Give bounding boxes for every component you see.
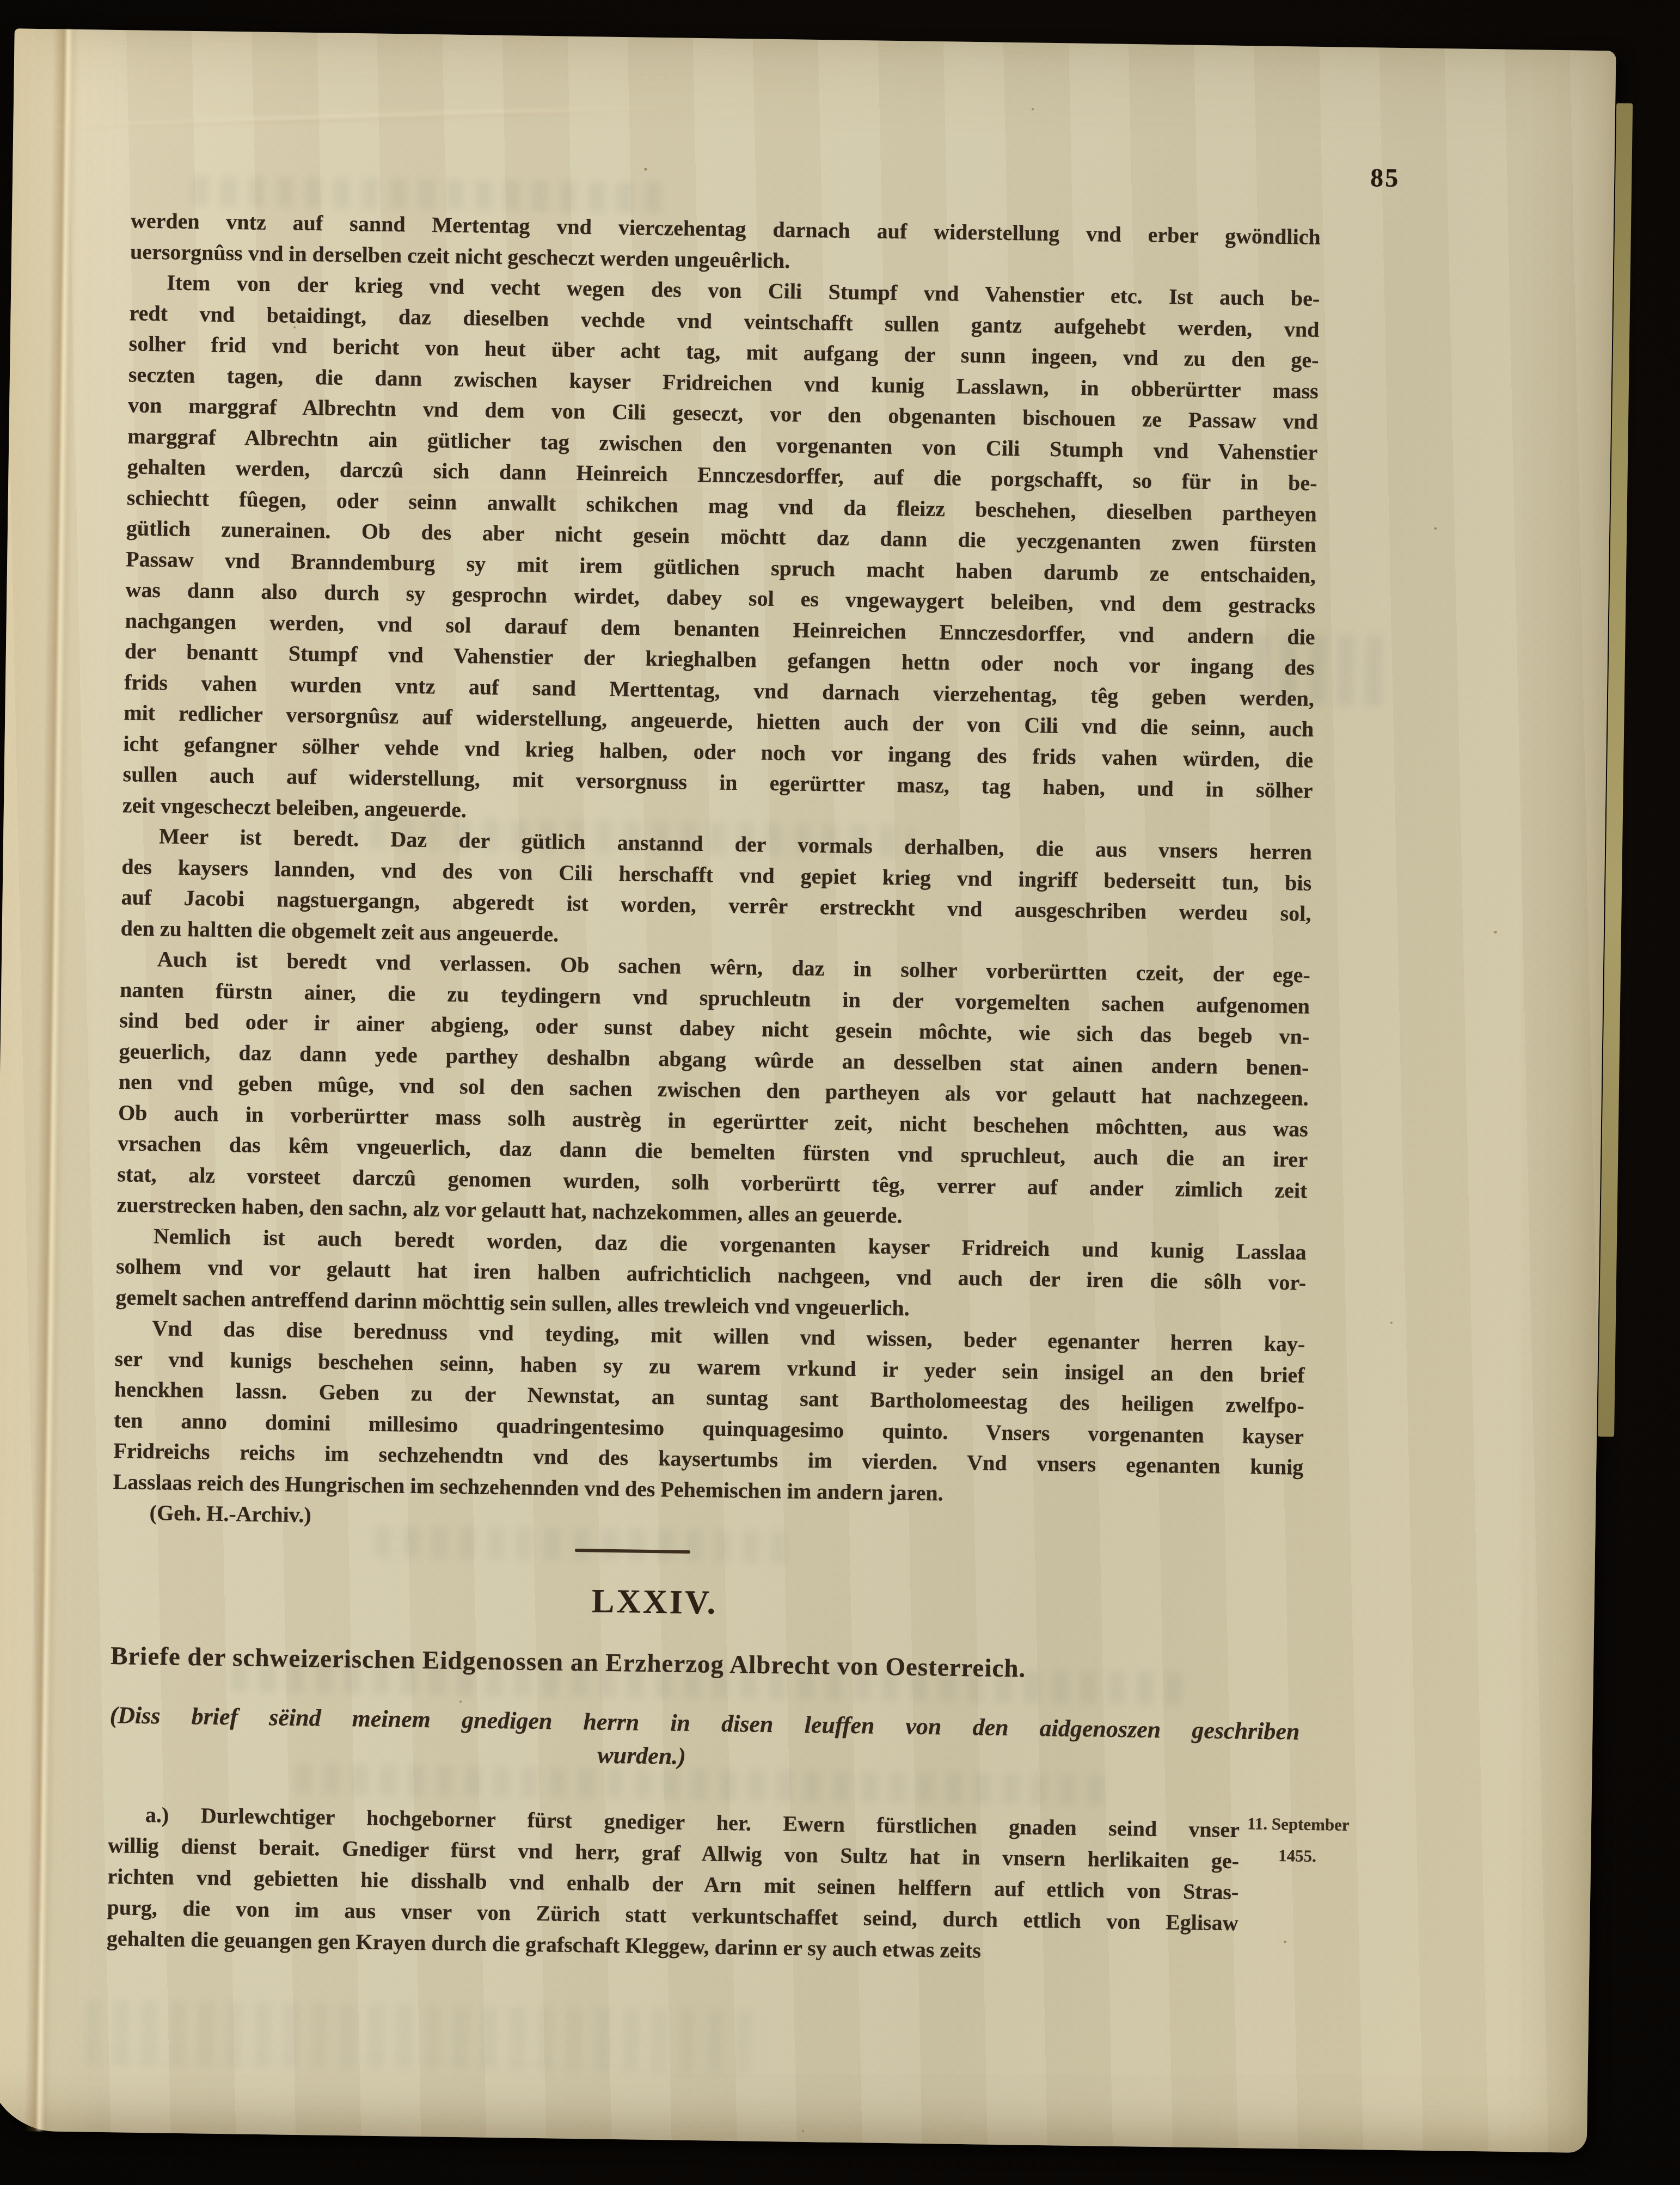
book-page: 85 werden vntz auf sannd Mertentag vnd v… xyxy=(0,28,1616,2153)
margin-note-line: 1455. xyxy=(1278,1845,1427,1869)
bleedthrough-smudge xyxy=(84,2000,766,2074)
paragraph: Item von der krieg vnd vecht wegen des v… xyxy=(122,267,1320,837)
paper-speck xyxy=(1390,1322,1393,1324)
paper-speck xyxy=(802,2130,804,2132)
section-divider-rule xyxy=(575,1548,690,1553)
page-fore-edge xyxy=(1598,103,1633,1437)
paragraph: a.) Durlewchtiger hochgeborner fürst gne… xyxy=(106,1799,1240,1970)
paper-crease xyxy=(41,105,667,130)
margin-date-note: 11. September 1455. xyxy=(1247,1813,1427,1869)
paper-speck xyxy=(1032,108,1034,110)
letter-block: a.) Durlewchtiger hochgeborner fürst gne… xyxy=(106,1799,1240,1970)
paper-speck xyxy=(1434,527,1437,530)
paragraph: Auch ist beredt vnd verlassen. Ob sachen… xyxy=(117,943,1310,1237)
page-number: 85 xyxy=(1370,163,1400,193)
letter-paragraphs: a.) Durlewchtiger hochgeborner fürst gne… xyxy=(106,1799,1240,1970)
margin-note-line: 11. September xyxy=(1247,1813,1427,1837)
paragraph: Meer ist beredt. Daz der gütlich anstann… xyxy=(120,820,1312,960)
paper-speck xyxy=(644,168,647,171)
section-heading: LXXIV. xyxy=(59,1574,1250,1630)
paper-speck xyxy=(1494,931,1497,933)
paragraph: Nemlich ist auch beredt worden, daz die … xyxy=(115,1220,1307,1329)
main-text-block: werden vntz auf sannd Mertentag vnd vier… xyxy=(106,205,1321,1971)
paragraph: Vnd das dise berednuss vnd teyding, mit … xyxy=(113,1312,1305,1513)
body-paragraphs: werden vntz auf sannd Mertentag vnd vier… xyxy=(112,205,1321,1544)
gutter-fold-crease xyxy=(24,29,79,2131)
section-subheading: Briefe der schweizerischen Eidgenossen a… xyxy=(111,1640,1301,1689)
